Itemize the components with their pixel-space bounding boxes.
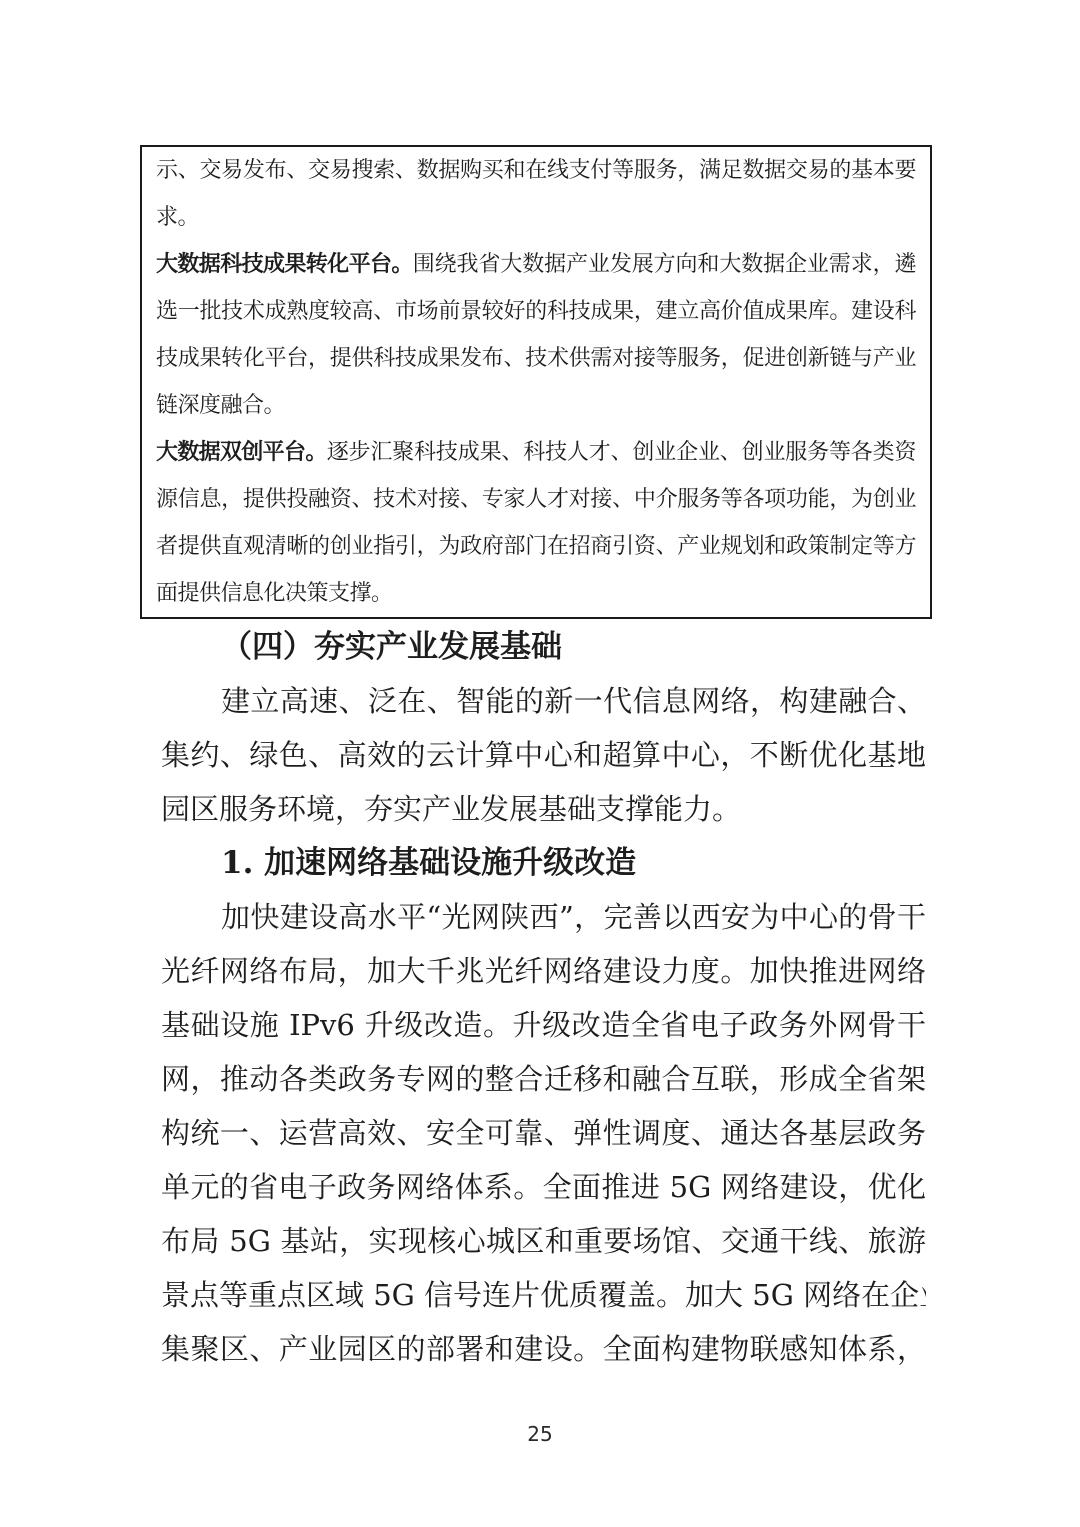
paragraph-line: 景点等重点区域 5G 信号连片优质覆盖。加大 5G 网络在企业 xyxy=(161,1268,926,1322)
paragraph-line: 集约、绿色、高效的云计算中心和超算中心，不断优化基地 xyxy=(161,728,926,782)
box-line: 面提供信息化决策支撑。 xyxy=(156,570,916,617)
box-line: 求。 xyxy=(156,194,916,241)
platform-name-bold: 大数据双创平台。 xyxy=(156,440,327,465)
box-line: 技成果转化平台，提供科技成果发布、技术供需对接等服务，促进创新链与产业 xyxy=(156,335,916,382)
box-line-text: 逐步汇聚科技成果、科技人才、创业企业、创业服务等各类资 xyxy=(327,440,916,465)
paragraph-line: 加快建设高水平“光网陕西”，完善以西安为中心的骨干 xyxy=(161,890,926,944)
box-line: 大数据双创平台。逐步汇聚科技成果、科技人才、创业企业、创业服务等各类资 xyxy=(156,429,916,476)
box-line: 源信息，提供投融资、技术对接、专家人才对接、中介服务等各项功能，为创业 xyxy=(156,476,916,523)
document-page: 示、交易发布、交易搜索、数据购买和在线支付等服务，满足数据交易的基本要 求。 大… xyxy=(0,0,1080,1527)
box-line-text: 示、交易发布、交易搜索、数据购买和在线支付等服务，满足数据交易的基本要 xyxy=(156,158,916,183)
sub-heading: 1. 加速网络基础设施升级改造 xyxy=(161,836,926,890)
paragraph-line: 集聚区、产业园区的部署和建设。全面构建物联感知体系， xyxy=(161,1322,926,1376)
main-content: （四）夯实产业发展基础 建立高速、泛在、智能的新一代信息网络，构建融合、 集约、… xyxy=(161,620,926,1376)
paragraph-line: 构统一、运营高效、安全可靠、弹性调度、通达各基层政务 xyxy=(161,1106,926,1160)
paragraph-line: 园区服务环境，夯实产业发展基础支撑能力。 xyxy=(161,782,926,836)
paragraph-line: 单元的省电子政务网络体系。全面推进 5G 网络建设，优化 xyxy=(161,1160,926,1214)
platform-quote-box: 示、交易发布、交易搜索、数据购买和在线支付等服务，满足数据交易的基本要 求。 大… xyxy=(140,145,932,619)
box-line: 选一批技术成熟度较高、市场前景较好的科技成果，建立高价值成果库。建设科 xyxy=(156,288,916,335)
section-heading: （四）夯实产业发展基础 xyxy=(161,620,926,674)
box-line-text: 围绕我省大数据产业发展方向和大数据企业需求，遴 xyxy=(413,252,916,277)
box-line-text: 者提供直观清晰的创业指引，为政府部门在招商引资、产业规划和政策制定等方 xyxy=(156,534,916,559)
box-line-text: 技成果转化平台，提供科技成果发布、技术供需对接等服务，促进创新链与产业 xyxy=(156,346,916,371)
box-line: 大数据科技成果转化平台。围绕我省大数据产业发展方向和大数据企业需求，遴 xyxy=(156,241,916,288)
box-line-text: 源信息，提供投融资、技术对接、专家人才对接、中介服务等各项功能，为创业 xyxy=(156,487,916,512)
page-number: 25 xyxy=(0,1422,1080,1446)
paragraph-line: 光纤网络布局，加大千兆光纤网络建设力度。加快推进网络 xyxy=(161,944,926,998)
paragraph-line: 基础设施 IPv6 升级改造。升级改造全省电子政务外网骨干 xyxy=(161,998,926,1052)
box-line-text: 链深度融合。 xyxy=(156,393,285,418)
paragraph-line: 网，推动各类政务专网的整合迁移和融合互联，形成全省架 xyxy=(161,1052,926,1106)
paragraph-line: 布局 5G 基站，实现核心城区和重要场馆、交通干线、旅游 xyxy=(161,1214,926,1268)
box-line-text: 求。 xyxy=(156,205,199,230)
paragraph-line: 建立高速、泛在、智能的新一代信息网络，构建融合、 xyxy=(161,674,926,728)
box-line: 者提供直观清晰的创业指引，为政府部门在招商引资、产业规划和政策制定等方 xyxy=(156,523,916,570)
box-line-text: 面提供信息化决策支撑。 xyxy=(156,581,393,606)
platform-name-bold: 大数据科技成果转化平台。 xyxy=(156,252,413,277)
box-line-text: 选一批技术成熟度较高、市场前景较好的科技成果，建立高价值成果库。建设科 xyxy=(156,299,916,324)
box-line: 示、交易发布、交易搜索、数据购买和在线支付等服务，满足数据交易的基本要 xyxy=(156,147,916,194)
box-line: 链深度融合。 xyxy=(156,382,916,429)
